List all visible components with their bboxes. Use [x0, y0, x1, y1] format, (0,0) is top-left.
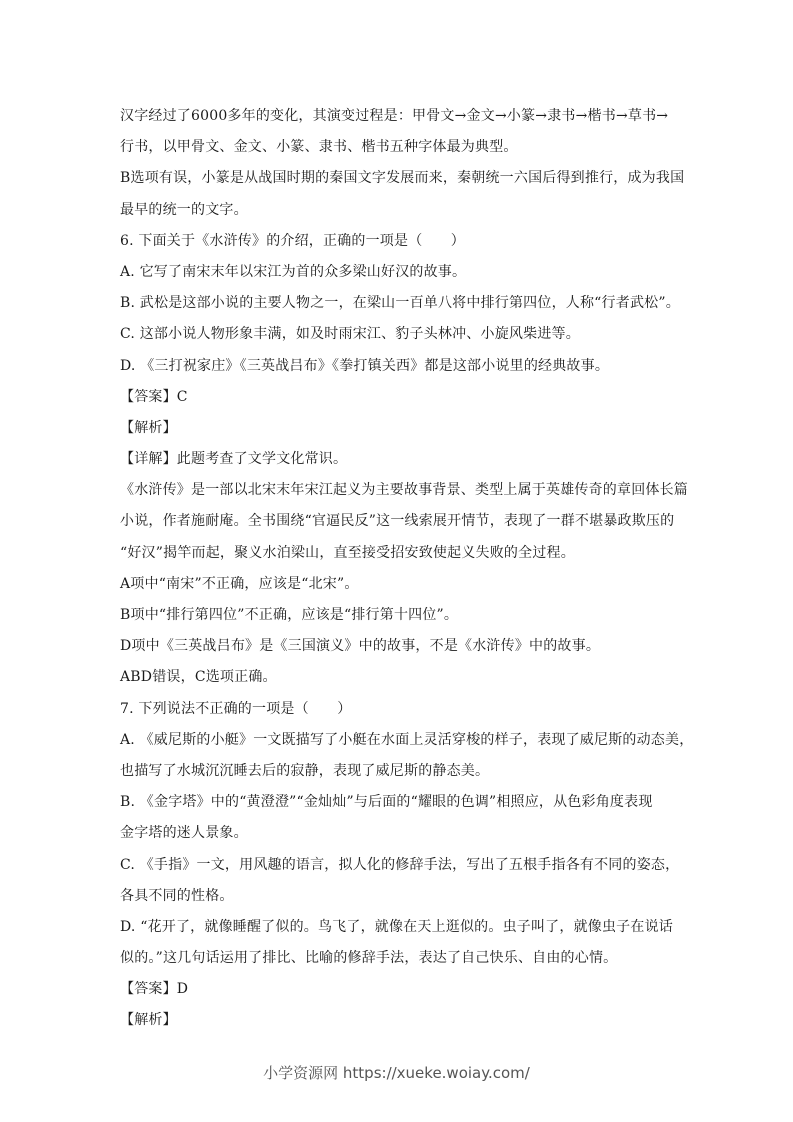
text-line: 最早的统一的文字。	[120, 195, 676, 226]
option-block: A. 它写了南宋末年以宋江为首的众多梁山好汉的故事。	[120, 257, 676, 288]
analysis-heading-line: 【解析】	[120, 413, 676, 444]
document-page: 汉字经过了6000多年的变化，其演变过程是：甲骨文→金文→小篆→隶书→楷书→草书…	[120, 101, 676, 1037]
text-line: 行书，以甲骨文、金文、小篆、隶书、楷书五种字体最为典型。	[120, 132, 676, 163]
option-line: 金字塔的迷人景象。	[120, 818, 676, 849]
question-line: 6. 下面关于《水浒传》的介绍，正确的一项是（ ）	[120, 226, 676, 257]
footer-watermark: 小学资源网 https://xueke.woiay.com/	[0, 1062, 793, 1083]
analysis-heading-line: 【解析】	[120, 1005, 676, 1036]
option-line: 各具不同的性格。	[120, 881, 676, 912]
option-block: D. “花开了，就像睡醒了似的。鸟飞了，就像在天上逛似的。虫子叫了，就像虫子在说…	[120, 912, 676, 974]
question-line: 7. 下列说法不正确的一项是（ ）	[120, 694, 676, 725]
question-block: 7. 下列说法不正确的一项是（ ）	[120, 694, 676, 725]
option-line: C. 这部小说人物形象丰满，如及时雨宋江、豹子头林冲、小旋风柴进等。	[120, 319, 676, 350]
text-block: 《水浒传》是一部以北宋末年宋江起义为主要故事背景、类型上属于英雄传奇的章回体长篇…	[120, 475, 676, 569]
option-block: B. 武松是这部小说的主要人物之一，在梁山一百单八将中排行第四位，人称“行者武松…	[120, 288, 676, 319]
text-line: 小说，作者施耐庵。全书围绕“官逼民反”这一线索展开情节，表现了一群不堪暴政欺压的	[120, 506, 676, 537]
answer-block: 【答案】D	[120, 974, 676, 1005]
option-line: 也描写了水城沉沉睡去后的寂静，表现了威尼斯的静态美。	[120, 756, 676, 787]
option-block: D. 《三打祝家庄》《三英战吕布》《拳打镇关西》都是这部小说里的经典故事。	[120, 351, 676, 382]
text-block: B项中“排行第四位”不正确，应该是“排行第十四位”。	[120, 600, 676, 631]
answer-line: 【答案】D	[120, 974, 676, 1005]
text-block: ABD错误，C选项正确。	[120, 662, 676, 693]
answer-line: 【答案】C	[120, 382, 676, 413]
detail-block: 【详解】此题考查了文学文化常识。	[120, 444, 676, 475]
text-line: “好汉”揭竿而起，聚义水泊梁山，直至接受招安致使起义失败的全过程。	[120, 538, 676, 569]
option-block: C. 这部小说人物形象丰满，如及时雨宋江、豹子头林冲、小旋风柴进等。	[120, 319, 676, 350]
option-line: B. 《金字塔》中的“黄澄澄”“金灿灿”与后面的“耀眼的色调”相照应，从色彩角度…	[120, 787, 676, 818]
option-block: B. 《金字塔》中的“黄澄澄”“金灿灿”与后面的“耀眼的色调”相照应，从色彩角度…	[120, 787, 676, 849]
text-line: ABD错误，C选项正确。	[120, 662, 676, 693]
text-line: 汉字经过了6000多年的变化，其演变过程是：甲骨文→金文→小篆→隶书→楷书→草书…	[120, 101, 676, 132]
text-line: D项中《三英战吕布》是《三国演义》中的故事，不是《水浒传》中的故事。	[120, 631, 676, 662]
text-block: 汉字经过了6000多年的变化，其演变过程是：甲骨文→金文→小篆→隶书→楷书→草书…	[120, 101, 676, 163]
analysis-heading-block: 【解析】	[120, 413, 676, 444]
text-line: A项中“南宋”不正确，应该是“北宋”。	[120, 569, 676, 600]
option-line: B. 武松是这部小说的主要人物之一，在梁山一百单八将中排行第四位，人称“行者武松…	[120, 288, 676, 319]
analysis-heading-block: 【解析】	[120, 1005, 676, 1036]
answer-block: 【答案】C	[120, 382, 676, 413]
option-line: D. “花开了，就像睡醒了似的。鸟飞了，就像在天上逛似的。虫子叫了，就像虫子在说…	[120, 912, 676, 943]
option-block: C. 《手指》一文，用风趣的语言，拟人化的修辞手法，写出了五根手指各有不同的姿态…	[120, 850, 676, 912]
text-line: 《水浒传》是一部以北宋末年宋江起义为主要故事背景、类型上属于英雄传奇的章回体长篇	[120, 475, 676, 506]
option-line: D. 《三打祝家庄》《三英战吕布》《拳打镇关西》都是这部小说里的经典故事。	[120, 351, 676, 382]
option-line: C. 《手指》一文，用风趣的语言，拟人化的修辞手法，写出了五根手指各有不同的姿态…	[120, 850, 676, 881]
option-line: 似的。”这几句话运用了排比、比喻的修辞手法，表达了自己快乐、自由的心情。	[120, 943, 676, 974]
option-line: A. 它写了南宋末年以宋江为首的众多梁山好汉的故事。	[120, 257, 676, 288]
text-line: B选项有误，小篆是从战国时期的秦国文字发展而来，秦朝统一六国后得到推行，成为我国	[120, 163, 676, 194]
text-block: D项中《三英战吕布》是《三国演义》中的故事，不是《水浒传》中的故事。	[120, 631, 676, 662]
detail-line: 【详解】此题考查了文学文化常识。	[120, 444, 676, 475]
text-block: A项中“南宋”不正确，应该是“北宋”。	[120, 569, 676, 600]
question-block: 6. 下面关于《水浒传》的介绍，正确的一项是（ ）	[120, 226, 676, 257]
text-block: B选项有误，小篆是从战国时期的秦国文字发展而来，秦朝统一六国后得到推行，成为我国…	[120, 163, 676, 225]
option-line: A. 《威尼斯的小艇》一文既描写了小艇在水面上灵活穿梭的样子，表现了威尼斯的动态…	[120, 725, 676, 756]
text-line: B项中“排行第四位”不正确，应该是“排行第十四位”。	[120, 600, 676, 631]
option-block: A. 《威尼斯的小艇》一文既描写了小艇在水面上灵活穿梭的样子，表现了威尼斯的动态…	[120, 725, 676, 787]
